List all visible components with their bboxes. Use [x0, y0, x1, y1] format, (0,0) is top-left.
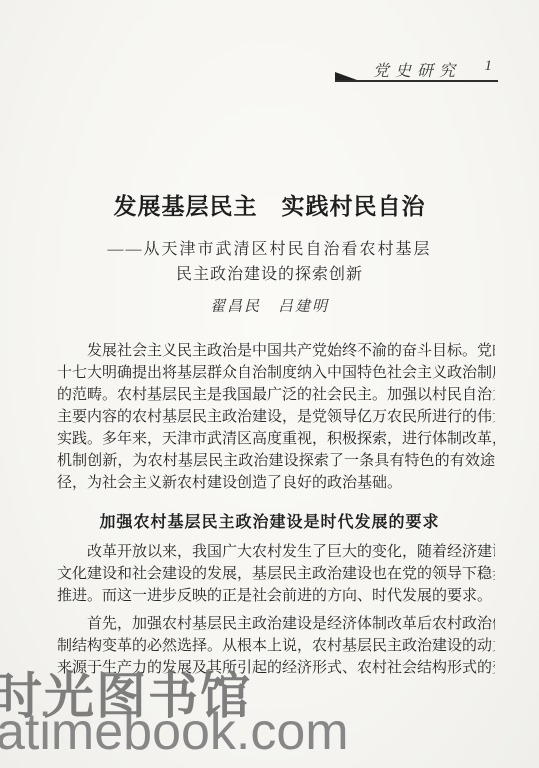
paragraph-2: 改革开放以来，我国广大农村发生了巨大的变化，随着经济建设、 文化建设和社会建设的…	[57, 541, 495, 607]
body-line: 径，为社会主义新农村建设创造了良好的政治基础。	[57, 472, 495, 494]
body-line: 十七大明确提出将基层群众自治制度纳入中国特色社会主义政治制度	[57, 362, 495, 384]
header-wedge-mark	[335, 72, 357, 80]
body-line: 文化建设和社会建设的发展，基层民主政治建设也在党的领导下稳步	[57, 563, 495, 585]
body-line: 主要内容的农村基层民主政治建设，是党领导亿万农民所进行的伟大	[57, 406, 495, 428]
body-line: 发展社会主义民主政治是中国共产党始终不渝的奋斗目标。党的	[57, 340, 495, 362]
body-line: 推进。而这一进步反映的正是社会前进的方向、时代发展的要求。	[57, 585, 495, 607]
body-line: 机制创新，为农村基层民主政治建设探索了一条具有特色的有效途	[57, 450, 495, 472]
body-line: 改革开放以来，我国广大农村发生了巨大的变化，随着经济建设、	[57, 541, 495, 563]
header-rule	[335, 80, 498, 82]
article-subtitle-line2: 民主政治建设的探索创新	[0, 261, 539, 284]
intro-paragraph: 发展社会主义民主政治是中国共产党始终不渝的奋斗目标。党的 十七大明确提出将基层群…	[57, 340, 495, 494]
page-number: 1	[485, 58, 493, 75]
body-line: 制结构变革的必然选择。从根本上说，农村基层民主政治建设的动力	[57, 635, 495, 657]
body-line: 的范畴。农村基层民主是我国最广泛的社会民主。加强以村民自治为	[57, 384, 495, 406]
article-title: 发展基层民主 实践村民自治	[0, 188, 539, 221]
author-names: 翟昌民 吕建明	[0, 295, 539, 316]
body-line: 首先，加强农村基层民主政治建设是经济体制改革后农村政治体	[57, 613, 495, 635]
body-line: 实践。多年来，天津市武清区高度重视，积极探索，进行体制改革，	[57, 428, 495, 450]
watermark-url: atimebook.com	[0, 702, 349, 762]
scanned-journal-page: 党史研究 1 发展基层民主 实践村民自治 ——从天津市武清区村民自治看农村基层 …	[0, 0, 539, 768]
section-heading: 加强农村基层民主政治建设是时代发展的要求	[0, 509, 539, 532]
journal-name: 党史研究	[373, 58, 461, 81]
running-head: 党史研究 1	[335, 58, 498, 84]
article-subtitle-line1: ——从天津市武清区村民自治看农村基层	[0, 236, 539, 259]
